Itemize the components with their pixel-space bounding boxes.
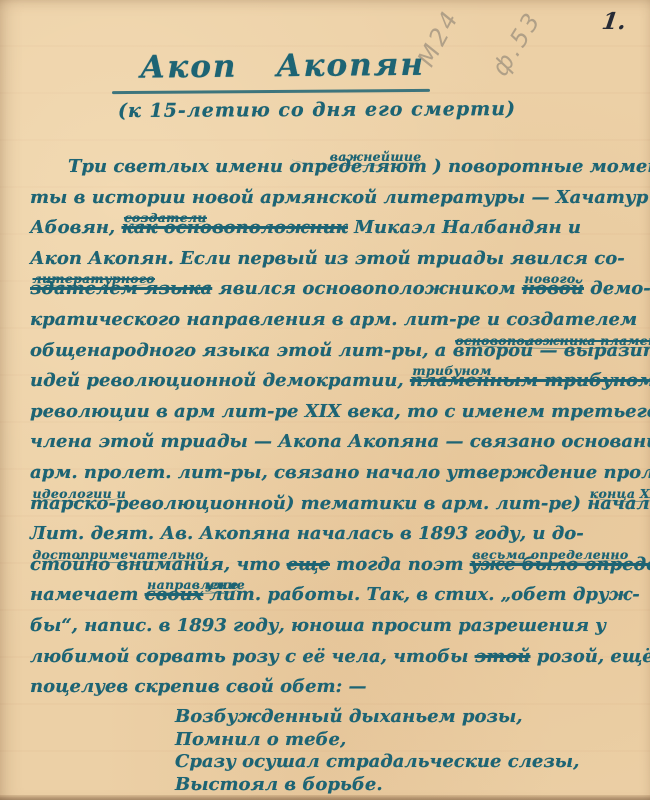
handwritten-text: явился основоположником: [212, 278, 522, 299]
handwritten-text: поцелуев скрепив свой обет: —: [30, 676, 366, 697]
handwritten-text: второй — выразителемосновоположника плам…: [453, 340, 650, 361]
struck-text: своихнаправление: [145, 584, 204, 605]
manuscript-title: Акоп Акопян: [140, 46, 460, 85]
handwritten-text: розой, ещё: [530, 646, 650, 667]
manuscript-line: намечает своихнаправление лит. ужеработы…: [30, 580, 630, 611]
verse-line: Помнил о тебе,: [175, 729, 579, 752]
handwritten-text: бы“, напис. в 1893 году, юноша просит ра…: [30, 615, 606, 636]
interlinear-insertion: важнейшие: [292, 151, 422, 166]
handwritten-text: демо-: [584, 278, 650, 299]
manuscript-line: Три светлых имени определяют )важнейшие …: [30, 152, 630, 183]
handwritten-text: ты в истории новой армянской литературы …: [30, 187, 648, 208]
handwritten-text: начала конца XX и: [587, 493, 650, 514]
struck-text: еще: [287, 554, 330, 575]
interlinear-insertion: идеологии и: [33, 488, 127, 503]
handwritten-text: кратического направления в арм. лит-ре и…: [30, 309, 637, 330]
interlinear-insertion: весьма определенно: [472, 549, 628, 564]
struck-text: новойнового: [522, 278, 584, 299]
manuscript-line: арм. пролет. лит-ры, связано начало утве…: [30, 458, 630, 489]
pencil-archive-mark: ф.53: [486, 6, 547, 81]
manuscript-line: бы“, напис. в 1893 году, юноша просит ра…: [30, 611, 630, 642]
manuscript-line: Абовян, как основоположниксоздатели Мика…: [30, 213, 630, 244]
title-underline: [112, 89, 430, 94]
struck-text: пламенным трибуномтрибуном: [410, 370, 650, 391]
interlinear-insertion: основоположника пламенным: [455, 335, 650, 350]
handwritten-text: лит. уже: [203, 584, 267, 605]
interlinear-insertion: литературного: [33, 273, 155, 288]
handwritten-text: Акоп Акопян. Если первый из этой триады …: [30, 248, 625, 269]
handwritten-text: поворотные момен-: [442, 156, 650, 177]
handwritten-text: Лит. деят. Ав. Акопяна началась в 1893 г…: [30, 523, 584, 544]
manuscript-line: идей революционной демократии, пламенным…: [30, 366, 630, 397]
struck-text: уже было определенновесьма определенно: [470, 554, 650, 575]
manuscript-line: Акоп Акопян. Если первый из этой триады …: [30, 244, 630, 275]
manuscript-page: 1. М24 ф.53 Акоп Акопян (к 15-летию со д…: [0, 0, 650, 800]
handwritten-text: любимой сорвать розу с её чела, чтобы: [30, 646, 475, 667]
manuscript-line: члена этой триады — Акопа Акопяна — связ…: [30, 427, 630, 458]
manuscript-line: стойно внимания, что достопримечательно,…: [30, 550, 630, 581]
manuscript-line: революции в арм лит-ре XIX века, то с им…: [30, 397, 630, 428]
manuscript-line: ты в истории новой армянской литературы …: [30, 183, 630, 214]
interlinear-insertion: создатели: [124, 212, 207, 227]
verse-line: Выстоял в борьбе.: [175, 774, 579, 797]
handwritten-text: идей революционной демократии,: [30, 370, 410, 391]
manuscript-line: поцелуев скрепив свой обет: —: [30, 672, 630, 703]
struck-text: здателем языкалитературного: [30, 278, 212, 299]
interlinear-insertion: уже: [206, 579, 239, 594]
handwritten-text: Три светлых имени: [68, 156, 289, 177]
struck-text: как основоположниксоздатели: [121, 217, 347, 238]
handwritten-text: определяют )важнейшие: [289, 156, 441, 177]
handwritten-text: Абовян,: [30, 217, 121, 238]
handwritten-text: Микаэл Налбандян и: [348, 217, 581, 238]
manuscript-subtitle: (к 15-летию со дня его смерти): [118, 98, 516, 122]
interlinear-insertion: конца XX и: [590, 488, 650, 503]
handwritten-text: работы. Так, в стих. „обет друж-: [267, 584, 639, 605]
interlinear-insertion: достопримечательно,: [33, 549, 209, 564]
handwritten-text: тематики в арм. лит-ре): [301, 493, 588, 514]
handwritten-text: намечает: [30, 584, 145, 605]
manuscript-line: Лит. деят. Ав. Акопяна началась в 1893 г…: [30, 519, 630, 550]
struck-text: этой: [475, 646, 531, 667]
verse-line: Возбужденный дыханьем розы,: [175, 706, 579, 729]
interlinear-insertion: нового: [524, 273, 575, 288]
quoted-verse: Возбужденный дыханьем розы,Помнил о тебе…: [175, 706, 579, 796]
verse-line: Сразу осушал страдальческие слезы,: [175, 751, 579, 774]
handwritten-text: арм. пролет. лит-ры, связано начало утве…: [30, 462, 650, 483]
manuscript-body: Три светлых имени определяют )важнейшие …: [30, 152, 630, 703]
manuscript-line: любимой сорвать розу с её чела, чтобы эт…: [30, 642, 630, 673]
handwritten-text: члена этой триады — Акопа Акопяна — связ…: [30, 431, 650, 452]
handwritten-text: общенародного языка этой лит-ры, а: [30, 340, 453, 361]
handwritten-text: тогда поэт: [330, 554, 470, 575]
handwritten-text: революции в арм лит-ре XIX века, то с им…: [30, 401, 650, 422]
manuscript-line: кратического направления в арм. лит-ре и…: [30, 305, 630, 336]
manuscript-line: здателем языкалитературного явился основ…: [30, 274, 630, 305]
manuscript-line: общенародного языка этой лит-ры, а второ…: [30, 336, 630, 367]
interlinear-insertion: трибуном: [412, 365, 491, 380]
handwritten-text: стойно внимания, что достопримечательно,: [30, 554, 287, 575]
page-number: 1.: [600, 8, 628, 35]
manuscript-line: тарско-революционной) идеологии итематик…: [30, 489, 630, 520]
handwritten-text: тарско-революционной) идеологии и: [30, 493, 301, 514]
